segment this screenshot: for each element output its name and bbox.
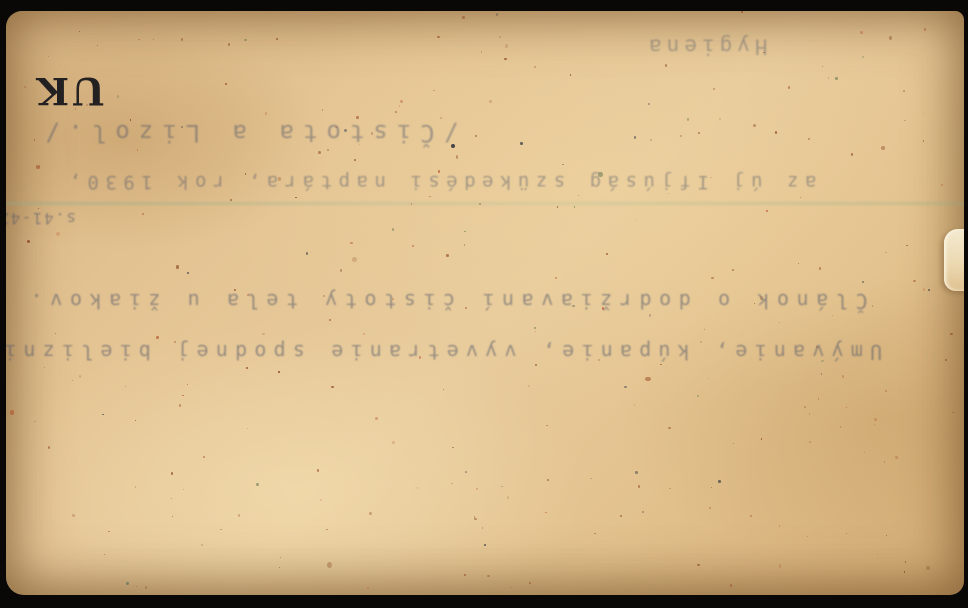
foxing-speck [256,483,259,485]
foxing-speck [179,404,182,407]
foxing-speck [711,487,712,488]
foxing-speck [475,135,476,136]
foxing-speck [928,289,930,291]
foxing-speck [359,144,360,145]
catalog-card: UK Hygiena /Čistota a Lizol./ az új Ifjú… [6,11,964,595]
foxing-speck [704,329,705,330]
foxing-speck [331,386,334,388]
foxing-speck [395,111,397,113]
foxing-speck [482,527,483,528]
foxing-speck [763,52,764,53]
foxing-speck [753,124,755,127]
foxing-speck [680,135,681,136]
foxing-speck [711,277,714,280]
foxing-speck [476,488,478,490]
foxing-speck [484,544,487,546]
foxing-speck [846,533,847,534]
foxing-speck [808,138,809,140]
foxing-speck [660,364,662,366]
foxing-speck [766,210,768,212]
foxing-speck [546,425,548,426]
foxing-speck [295,197,296,198]
foxing-speck [153,39,154,40]
foxing-speck [903,90,905,92]
foxing-speck [665,64,667,66]
foxing-speck [904,120,906,122]
foxing-speck [280,557,281,559]
foxing-speck [818,398,820,400]
foxing-speck [369,512,372,515]
foxing-speck [327,149,329,151]
foxing-speck [48,446,51,449]
foxing-speck [437,36,439,38]
foxing-speck [247,428,248,429]
foxing-speck [446,254,449,257]
foxing-speck [732,269,734,271]
foxing-speck [429,196,431,198]
foxing-speck [187,272,189,274]
foxing-speck [317,469,320,472]
foxing-speck [108,531,109,532]
foxing-speck [635,220,636,221]
foxing-speck [433,90,435,91]
ink-speck [126,582,129,585]
foxing-speck [809,413,811,415]
foxing-speck [507,496,509,499]
foxing-speck [279,567,280,568]
foxing-speck [262,333,265,336]
foxing-speck [79,375,81,377]
foxing-speck [528,385,530,387]
foxing-speck [104,554,106,556]
foxing-speck [36,165,40,169]
foxing-speck [635,471,637,474]
foxing-speck [832,315,833,317]
foxing-speck [456,155,459,158]
foxing-speck [125,386,126,387]
foxing-speck [952,412,953,413]
foxing-speck [276,38,278,40]
foxing-speck [807,536,808,537]
foxing-speck [171,498,172,499]
ruled-line [6,202,964,205]
foxing-speck [464,244,465,245]
foxing-speck [438,170,440,172]
foxing-speck [885,252,887,254]
foxing-speck [874,418,877,421]
foxing-speck [750,515,752,517]
foxing-speck [10,410,15,414]
foxing-speck [877,554,878,555]
foxing-speck [474,518,476,520]
foxing-speck [813,142,814,143]
ghost-line-annotation-2: Umývanie, kúpanie, vyvetranie spodnej bi… [6,339,882,364]
foxing-speck [840,426,841,427]
foxing-speck [320,499,322,501]
foxing-speck [27,240,30,243]
foxing-speck [464,231,465,233]
foxing-speck [598,172,602,177]
foxing-speck [570,74,572,76]
foxing-speck [24,86,26,88]
foxing-speck [733,443,734,444]
foxing-speck [171,472,174,475]
foxing-speck [779,525,780,526]
foxing-speck [945,359,947,361]
foxing-speck [598,359,599,360]
foxing-speck [504,58,506,60]
foxing-speck [924,28,927,31]
foxing-speck [201,544,203,546]
foxing-speck [230,199,232,201]
foxing-speck [923,140,924,142]
foxing-speck [950,333,953,335]
foxing-speck [520,142,523,144]
foxing-speck [924,113,925,114]
foxing-speck [835,77,838,80]
foxing-speck [926,566,930,570]
foxing-speck [117,95,119,97]
foxing-speck [578,195,580,196]
foxing-speck [761,438,763,439]
foxing-speck [462,16,464,19]
foxing-speck [510,587,512,589]
foxing-speck [340,269,342,272]
foxing-speck [392,228,395,230]
foxing-speck [172,516,174,517]
foxing-speck [800,197,801,198]
ghost-line-annotation-1: Článok o dodržiavaní čistoty tela u žiak… [23,288,868,313]
foxing-speck [323,295,325,297]
foxing-speck [352,257,357,262]
foxing-speck [56,232,60,236]
foxing-speck [487,575,490,577]
foxing-speck [719,118,721,121]
foxing-speck [72,514,75,517]
foxing-speck [562,164,564,165]
foxing-speck [375,417,378,420]
foxing-speck [238,514,240,517]
foxing-speck [55,333,56,334]
foxing-speck [862,56,864,58]
foxing-speck [225,83,227,85]
foxing-speck [923,288,925,290]
foxing-speck [606,253,608,255]
scanned-card-photo: UK Hygiena /Čistota a Lizol./ az új Ifjú… [0,0,968,608]
foxing-speck [182,395,183,397]
foxing-speck [913,280,916,282]
foxing-speck [590,478,591,479]
foxing-speck [775,131,777,133]
foxing-speck [183,489,184,490]
ghost-line-title: /Čistota a Lizol./ [36,118,458,148]
foxing-speck [534,66,536,68]
foxing-speck [142,213,144,215]
foxing-speck [501,486,502,487]
foxing-speck [354,159,356,161]
foxing-speck [620,515,622,517]
foxing-speck [136,586,137,587]
torn-edge-chip [944,229,964,291]
foxing-speck [176,265,179,268]
foxing-speck [642,511,644,513]
foxing-speck [864,452,865,453]
foxing-speck [809,441,812,443]
foxing-speck [329,319,331,321]
foxing-speck [884,461,885,462]
foxing-speck [668,193,669,194]
foxing-speck [698,132,700,134]
foxing-speck [687,118,689,121]
foxing-speck [326,529,328,531]
foxing-speck [760,296,763,299]
foxing-speck [72,380,74,382]
foxing-speck [819,267,821,269]
foxing-speck [97,45,98,46]
foxing-speck [555,277,556,278]
foxing-speck [904,571,905,572]
foxing-speck [529,582,531,584]
foxing-speck [265,112,268,115]
foxing-speck [181,38,183,40]
foxing-speck [452,447,454,449]
foxing-speck [102,414,104,415]
foxing-speck [886,535,888,537]
foxing-speck [306,252,309,255]
foxing-speck [634,404,635,405]
foxing-speck [496,13,499,16]
foxing-speck [648,103,650,105]
foxing-speck [846,407,847,408]
foxing-speck [557,206,559,208]
foxing-speck [709,507,711,509]
foxing-speck [318,151,321,154]
foxing-speck [367,587,369,589]
foxing-speck [138,39,139,40]
foxing-speck [889,36,892,40]
foxing-speck [244,39,247,41]
foxing-speck [220,529,221,531]
foxing-speck [246,367,248,369]
foxing-speck [135,420,136,422]
foxing-speck [905,561,906,562]
foxing-speck [356,116,359,118]
foxing-speck [451,483,453,485]
foxing-speck [788,86,790,88]
foxing-speck [842,375,845,378]
foxing-speck [906,245,908,246]
foxing-speck [327,562,332,569]
foxing-speck [371,132,373,134]
foxing-speck [86,104,88,106]
foxing-speck [804,406,806,408]
foxing-speck [741,11,744,13]
foxing-speck [79,31,80,32]
foxing-speck [417,487,418,488]
foxing-speck [278,177,281,180]
foxing-speck [594,533,596,535]
foxing-speck [534,327,536,330]
foxing-speck [481,51,482,52]
ink-speck [344,129,347,132]
ghost-line-subject-heading: Hygiena [644,33,768,59]
foxing-speck [624,386,626,389]
foxing-speck [34,421,35,422]
foxing-speck [730,584,732,587]
foxing-speck [718,480,720,483]
foxing-speck [350,242,353,245]
foxing-speck [174,341,176,343]
foxing-speck [545,512,547,514]
foxing-speck [228,43,230,46]
foxing-speck [650,139,651,141]
foxing-speck [708,378,709,379]
foxing-speck [322,109,323,111]
foxing-speck [135,486,137,488]
foxing-speck [649,314,651,316]
foxing-speck [464,574,466,576]
foxing-speck [535,331,536,332]
foxing-speck [489,100,492,103]
foxing-speck [535,364,537,367]
foxing-speck [645,377,650,382]
foxing-speck [499,36,501,38]
foxing-speck [881,146,885,150]
foxing-speck [872,305,874,307]
foxing-speck [941,184,943,186]
foxing-speck [465,471,467,473]
foxing-speck [203,456,205,458]
foxing-speck [779,564,782,567]
foxing-speck [44,367,45,368]
foxing-speck [668,427,671,429]
foxing-speck [697,564,699,567]
foxing-speck [574,206,576,208]
foxing-speck [874,424,875,425]
foxing-speck [400,100,403,103]
foxing-speck [779,322,780,323]
foxing-speck [465,307,467,309]
foxing-speck [187,384,189,386]
foxing-speck [851,153,854,156]
foxing-speck [38,208,39,209]
foxing-speck [669,488,670,489]
ghost-line-pages: s.41-42 [6,208,76,228]
foxing-speck [145,586,147,589]
library-stamp: UK [34,69,104,113]
foxing-speck [505,44,508,48]
foxing-speck [399,105,400,107]
foxing-speck [798,263,799,264]
foxing-speck [412,245,414,247]
foxing-speck [137,149,138,150]
foxing-speck [547,479,549,481]
foxing-speck [822,66,823,67]
foxing-speck [278,371,279,372]
foxing-speck [713,88,715,90]
foxing-speck [634,136,636,138]
foxing-speck [895,456,898,459]
foxing-speck [638,485,640,487]
foxing-speck [697,395,699,397]
foxing-speck [821,373,822,375]
foxing-speck [860,31,863,34]
foxing-speck [885,390,887,392]
foxing-speck [828,77,829,78]
foxing-speck [48,56,49,57]
ink-speck [451,144,455,148]
foxing-speck [392,441,395,444]
foxing-speck [443,389,444,390]
foxing-speck [862,281,864,283]
foxing-speck [363,333,366,335]
